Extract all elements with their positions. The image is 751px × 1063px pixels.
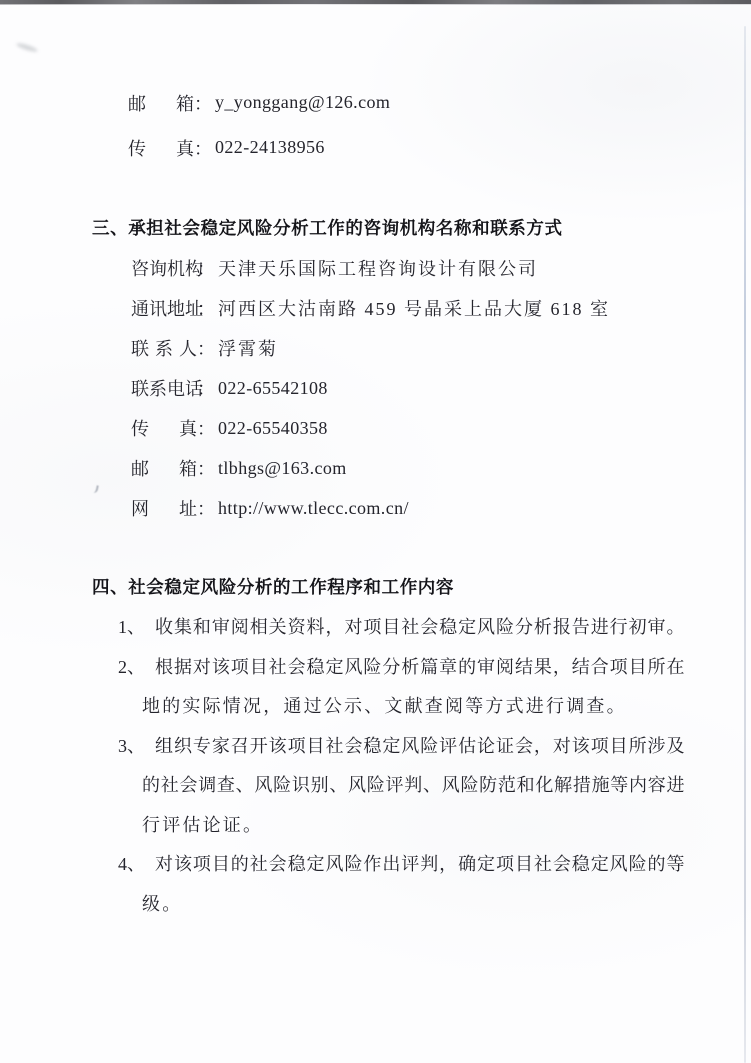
list-item-line: 3、组织专家召开该项目社会稳定风险评估论证会，对该项目所涉及 xyxy=(118,727,685,767)
contact-row: 联系人 ： 浮霄菊 xyxy=(131,328,610,368)
list-item-line: 行评估论证。 xyxy=(142,806,685,846)
contact-colon: ： xyxy=(197,455,215,481)
list-item-line: 级。 xyxy=(142,885,685,925)
list-item-line: 1、收集和审阅相关资料，对项目社会稳定风险分析报告进行初审。 xyxy=(118,608,685,648)
contact-colon: ： xyxy=(197,415,215,441)
contact-label: 网址 xyxy=(131,495,197,521)
contact-value: 浮霄菊 xyxy=(218,335,278,361)
list-item-line: 地的实际情况，通过公示、文献查阅等方式进行调查。 xyxy=(142,687,685,727)
list-item-line: 2、根据对该项目社会稳定风险分析篇章的审阅结果，结合项目所在 xyxy=(118,648,685,688)
contact-value: 天津天乐国际工程咨询设计有限公司 xyxy=(218,255,538,281)
contact-value: y_yonggang@126.com xyxy=(215,92,390,113)
contact-row: 邮箱 ： y_yonggang@126.com xyxy=(128,80,390,125)
contact-value: 022-24138956 xyxy=(215,137,325,158)
scan-edge-right xyxy=(744,26,746,1063)
contact-label: 传真 xyxy=(131,415,197,441)
contact-row: 邮箱 ： tlbhgs@163.com xyxy=(131,448,610,488)
contact-label: 邮箱 xyxy=(131,455,197,481)
section4-heading: 四、社会稳定风险分析的工作程序和工作内容 xyxy=(92,574,454,599)
contact-row: 通讯地址 ： 河西区大沽南路 459 号晶采上品大厦 618 室 xyxy=(131,288,610,328)
top-contact-block: 邮箱 ： y_yonggang@126.com 传真 ： 022-2413895… xyxy=(128,80,390,170)
contact-label: 联系电话 xyxy=(131,375,197,401)
list-item-number: 3、 xyxy=(118,727,145,767)
list-item-line: 的社会调查、风险识别、风险评判、风险防范和化解措施等内容进 xyxy=(142,766,685,806)
contact-row: 传真 ： 022-65540358 xyxy=(131,408,610,448)
scan-edge-top-thin xyxy=(0,4,751,5)
contact-value: 河西区大沽南路 459 号晶采上品大厦 618 室 xyxy=(218,295,610,321)
contact-label: 通讯地址 xyxy=(131,295,197,321)
list-item: 1、收集和审阅相关资料，对项目社会稳定风险分析报告进行初审。 xyxy=(118,608,685,648)
contact-colon: ： xyxy=(197,335,215,361)
work-procedure-list: 1、收集和审阅相关资料，对项目社会稳定风险分析报告进行初审。2、根据对该项目社会… xyxy=(118,608,685,924)
contact-colon: ： xyxy=(194,90,212,116)
contact-label: 咨询机构 xyxy=(131,255,197,281)
contact-value: 022-65540358 xyxy=(218,418,328,439)
list-item-number: 1、 xyxy=(118,608,145,648)
contact-row: 咨询机构 ： 天津天乐国际工程咨询设计有限公司 xyxy=(131,248,610,288)
list-item-number: 4、 xyxy=(118,845,145,885)
contact-colon: ： xyxy=(197,495,215,521)
contact-colon: ： xyxy=(197,295,215,321)
contact-value: 022-65542108 xyxy=(218,378,328,399)
list-item: 3、组织专家召开该项目社会稳定风险评估论证会，对该项目所涉及的社会调查、风险识别… xyxy=(118,727,685,846)
contact-value: http://www.tlecc.com.cn/ xyxy=(218,498,409,519)
contact-label: 联系人 xyxy=(131,335,197,361)
list-item-line: 4、对该项目的社会稳定风险作出评判，确定项目社会稳定风险的等 xyxy=(118,845,685,885)
list-item: 2、根据对该项目社会稳定风险分析篇章的审阅结果，结合项目所在地的实际情况，通过公… xyxy=(118,648,685,727)
contact-value: tlbhgs@163.com xyxy=(218,458,347,479)
contact-row: 联系电话 ： 022-65542108 xyxy=(131,368,610,408)
list-item: 4、对该项目的社会稳定风险作出评判，确定项目社会稳定风险的等级。 xyxy=(118,845,685,924)
scan-speck xyxy=(91,484,99,493)
contact-label: 传真 xyxy=(128,135,194,161)
contact-colon: ： xyxy=(197,255,215,281)
contact-row: 网址 ： http://www.tlecc.com.cn/ xyxy=(131,488,610,528)
section3-heading: 三、承担社会稳定风险分析工作的咨询机构名称和联系方式 xyxy=(92,215,563,240)
consulting-agency-contact-block: 咨询机构 ： 天津天乐国际工程咨询设计有限公司 通讯地址 ： 河西区大沽南路 4… xyxy=(131,248,610,528)
contact-row: 传真 ： 022-24138956 xyxy=(128,125,390,170)
scan-smudge xyxy=(16,42,38,54)
contact-colon: ： xyxy=(197,375,215,401)
scanned-document-page: 邮箱 ： y_yonggang@126.com 传真 ： 022-2413895… xyxy=(0,0,751,1063)
list-item-number: 2、 xyxy=(118,648,145,688)
contact-colon: ： xyxy=(194,135,212,161)
contact-label: 邮箱 xyxy=(128,90,194,116)
